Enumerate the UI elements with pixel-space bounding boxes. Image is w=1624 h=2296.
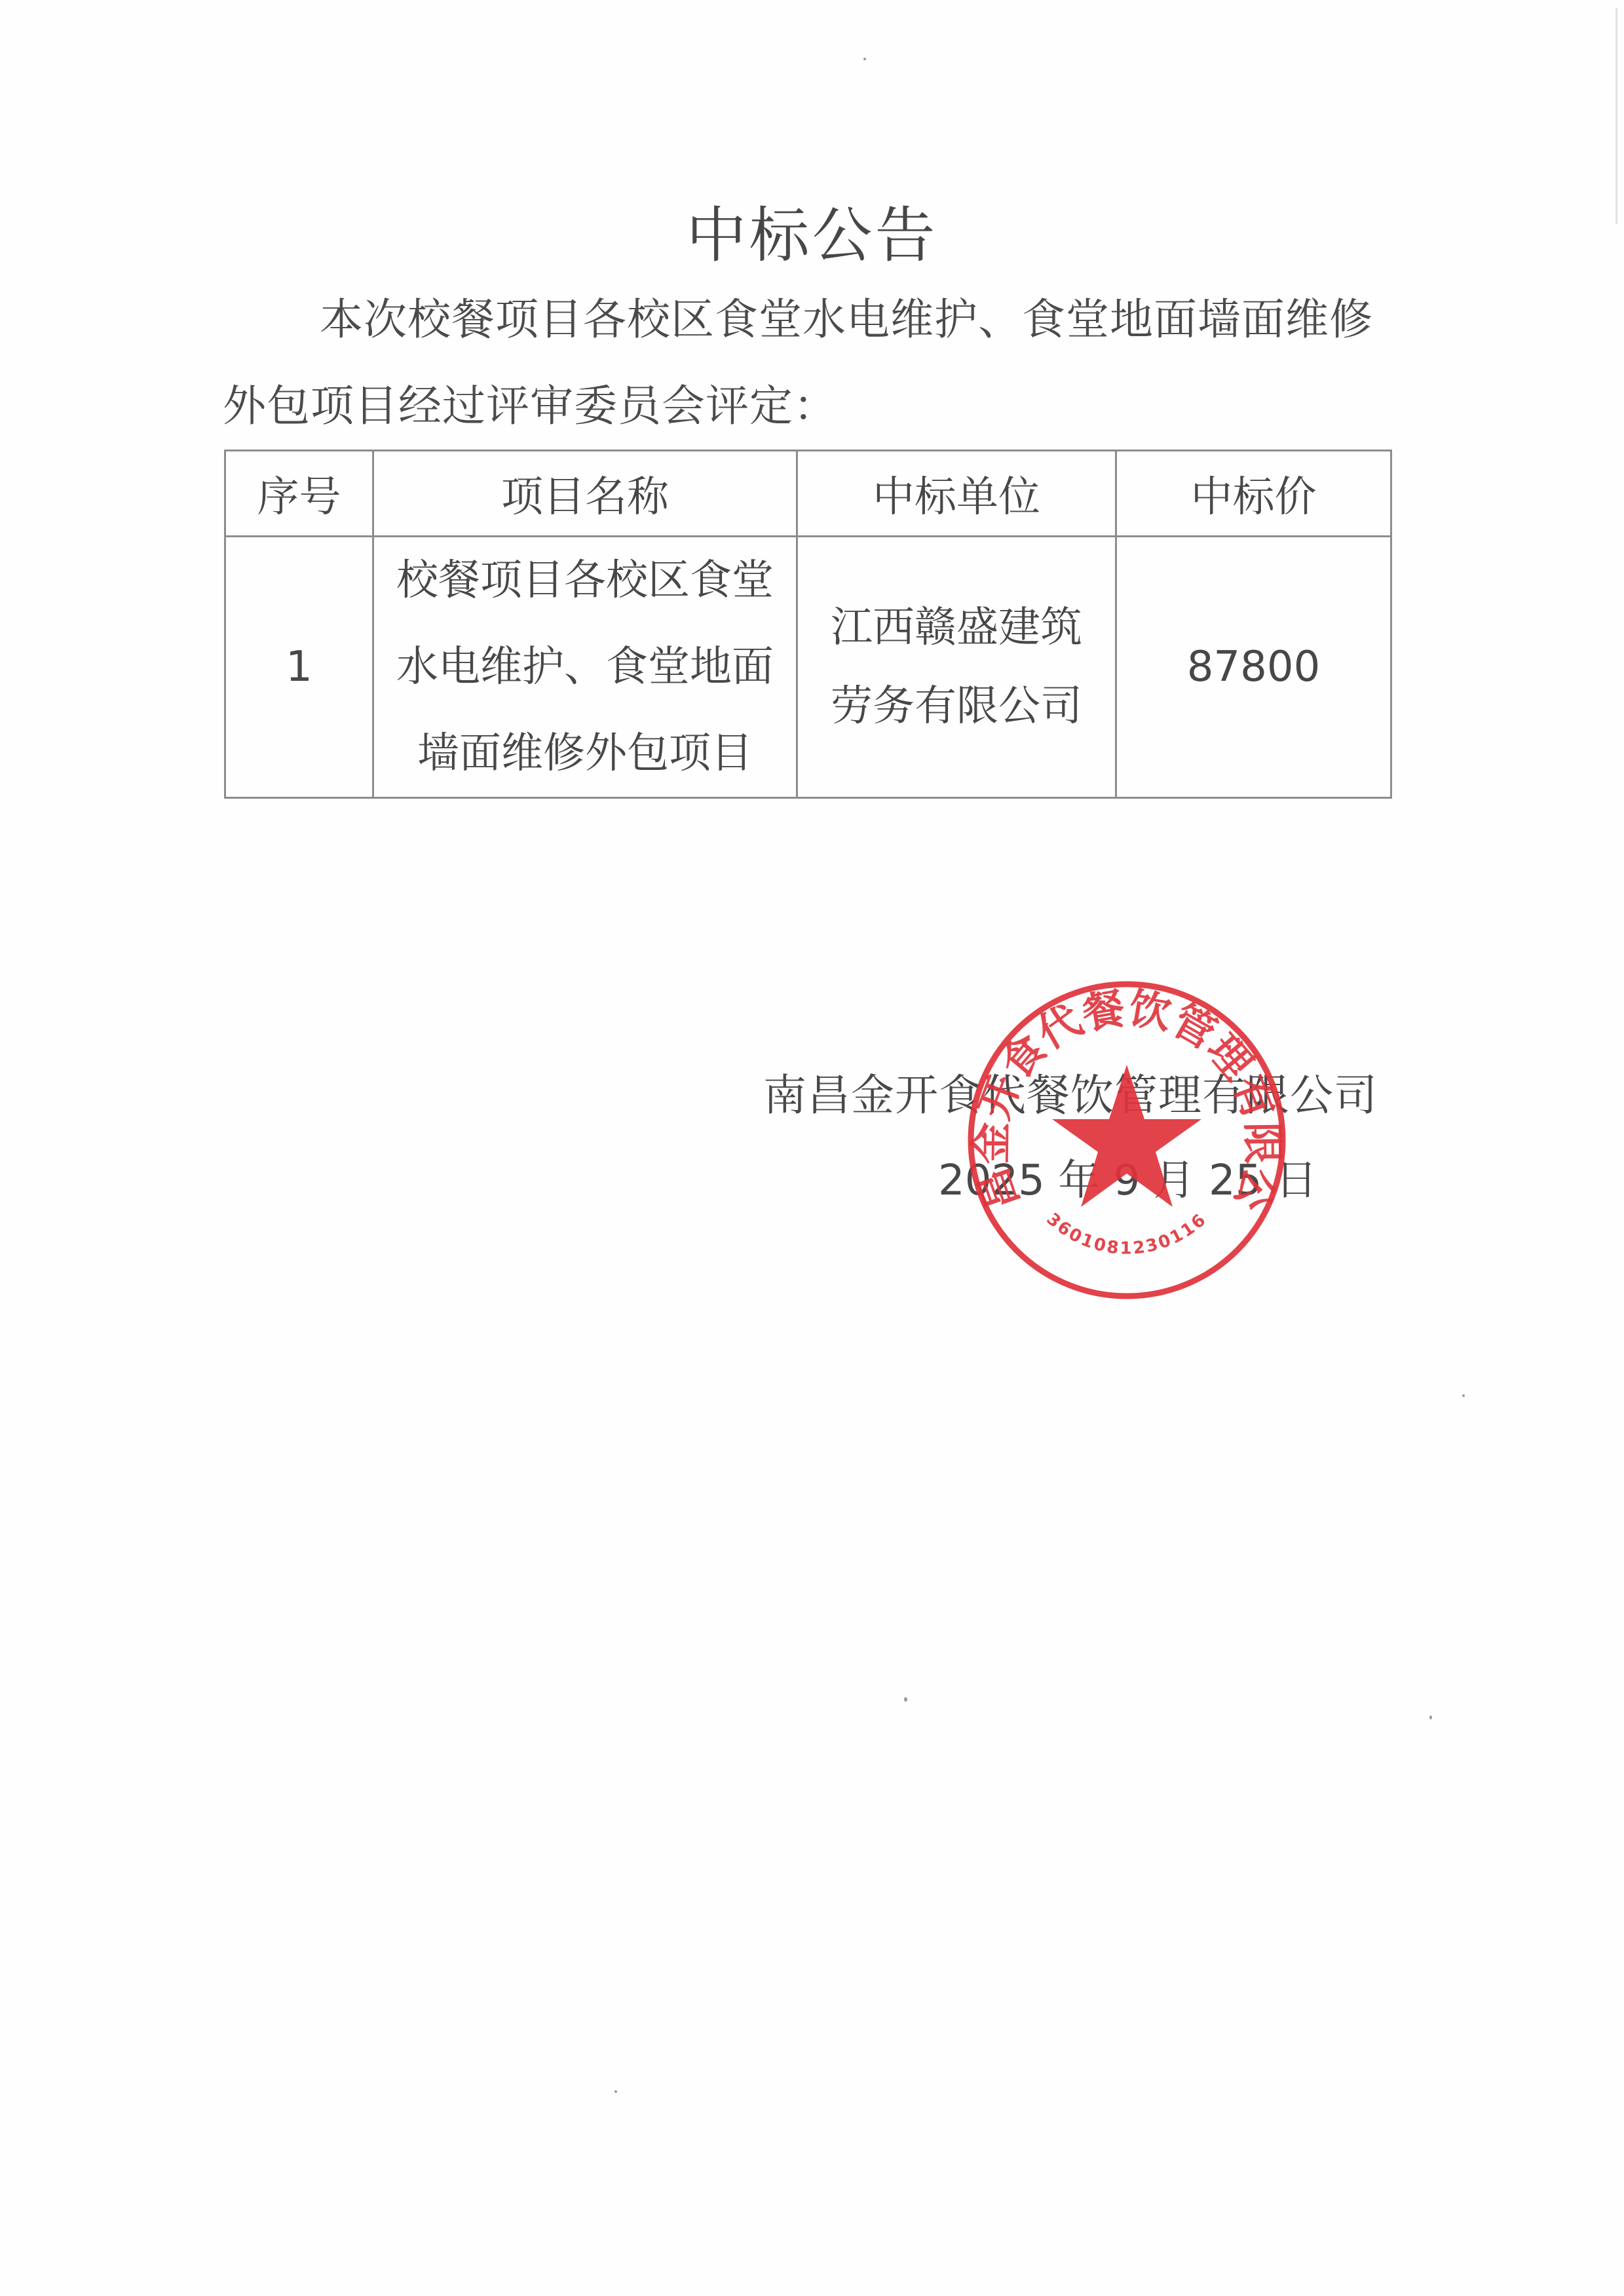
cell-project-name: 校餐项目各校区食堂 水电维护、食堂地面 墙面维修外包项目	[373, 537, 797, 798]
table-header-row: 序号 项目名称 中标单位 中标价	[225, 451, 1391, 537]
header-project-name: 项目名称	[373, 451, 797, 537]
scan-speck	[904, 1697, 907, 1702]
company-seal-icon: 南昌金开食代餐饮管理有限公司 3601081230116	[963, 976, 1291, 1304]
date-month-unit: 月	[1154, 1157, 1196, 1205]
date-year: 2025	[938, 1157, 1045, 1205]
date-year-unit: 年	[1058, 1157, 1100, 1205]
scan-speck	[1429, 1715, 1432, 1719]
header-winner: 中标单位	[797, 451, 1116, 537]
scan-speck	[614, 2090, 617, 2093]
project-name-line: 校餐项目各校区食堂	[374, 537, 796, 624]
project-name-line: 水电维护、食堂地面	[374, 624, 796, 710]
intro-paragraph-line-2: 外包项目经过评审委员会评定：	[223, 380, 837, 432]
winner-line: 江西赣盛建筑	[798, 588, 1115, 667]
scan-edge	[1615, 8, 1617, 224]
signature-company: 南昌金开食代餐饮管理有限公司	[763, 1060, 1378, 1122]
date-day: 25	[1209, 1157, 1262, 1205]
signature-date: 2025 年 9 月 25 日	[938, 1147, 1317, 1207]
intro-paragraph-line-1: 本次校餐项目各校区食堂水电维护、食堂地面墙面维修	[320, 294, 1373, 346]
scan-speck	[1462, 1394, 1465, 1397]
page-title: 中标公告	[0, 197, 1624, 275]
cell-index: 1	[225, 537, 373, 798]
project-name-line: 墙面维修外包项目	[374, 710, 796, 797]
scan-speck	[863, 58, 866, 60]
document-page: 中标公告 本次校餐项目各校区食堂水电维护、食堂地面墙面维修 外包项目经过评审委员…	[0, 0, 1624, 2296]
date-month: 9	[1114, 1157, 1141, 1205]
award-table: 序号 项目名称 中标单位 中标价 1 校餐项目各校区食堂 水电维护、食堂地面 墙…	[224, 450, 1392, 799]
svg-text:3601081230116: 3601081230116	[1043, 1210, 1211, 1259]
winner-line: 劳务有限公司	[798, 667, 1115, 746]
table-row: 1 校餐项目各校区食堂 水电维护、食堂地面 墙面维修外包项目 江西赣盛建筑 劳务…	[225, 537, 1391, 798]
cell-price: 87800	[1116, 537, 1391, 798]
header-index: 序号	[225, 451, 373, 537]
date-day-unit: 日	[1275, 1157, 1317, 1205]
header-price: 中标价	[1116, 451, 1391, 537]
cell-winner: 江西赣盛建筑 劳务有限公司	[797, 537, 1116, 798]
